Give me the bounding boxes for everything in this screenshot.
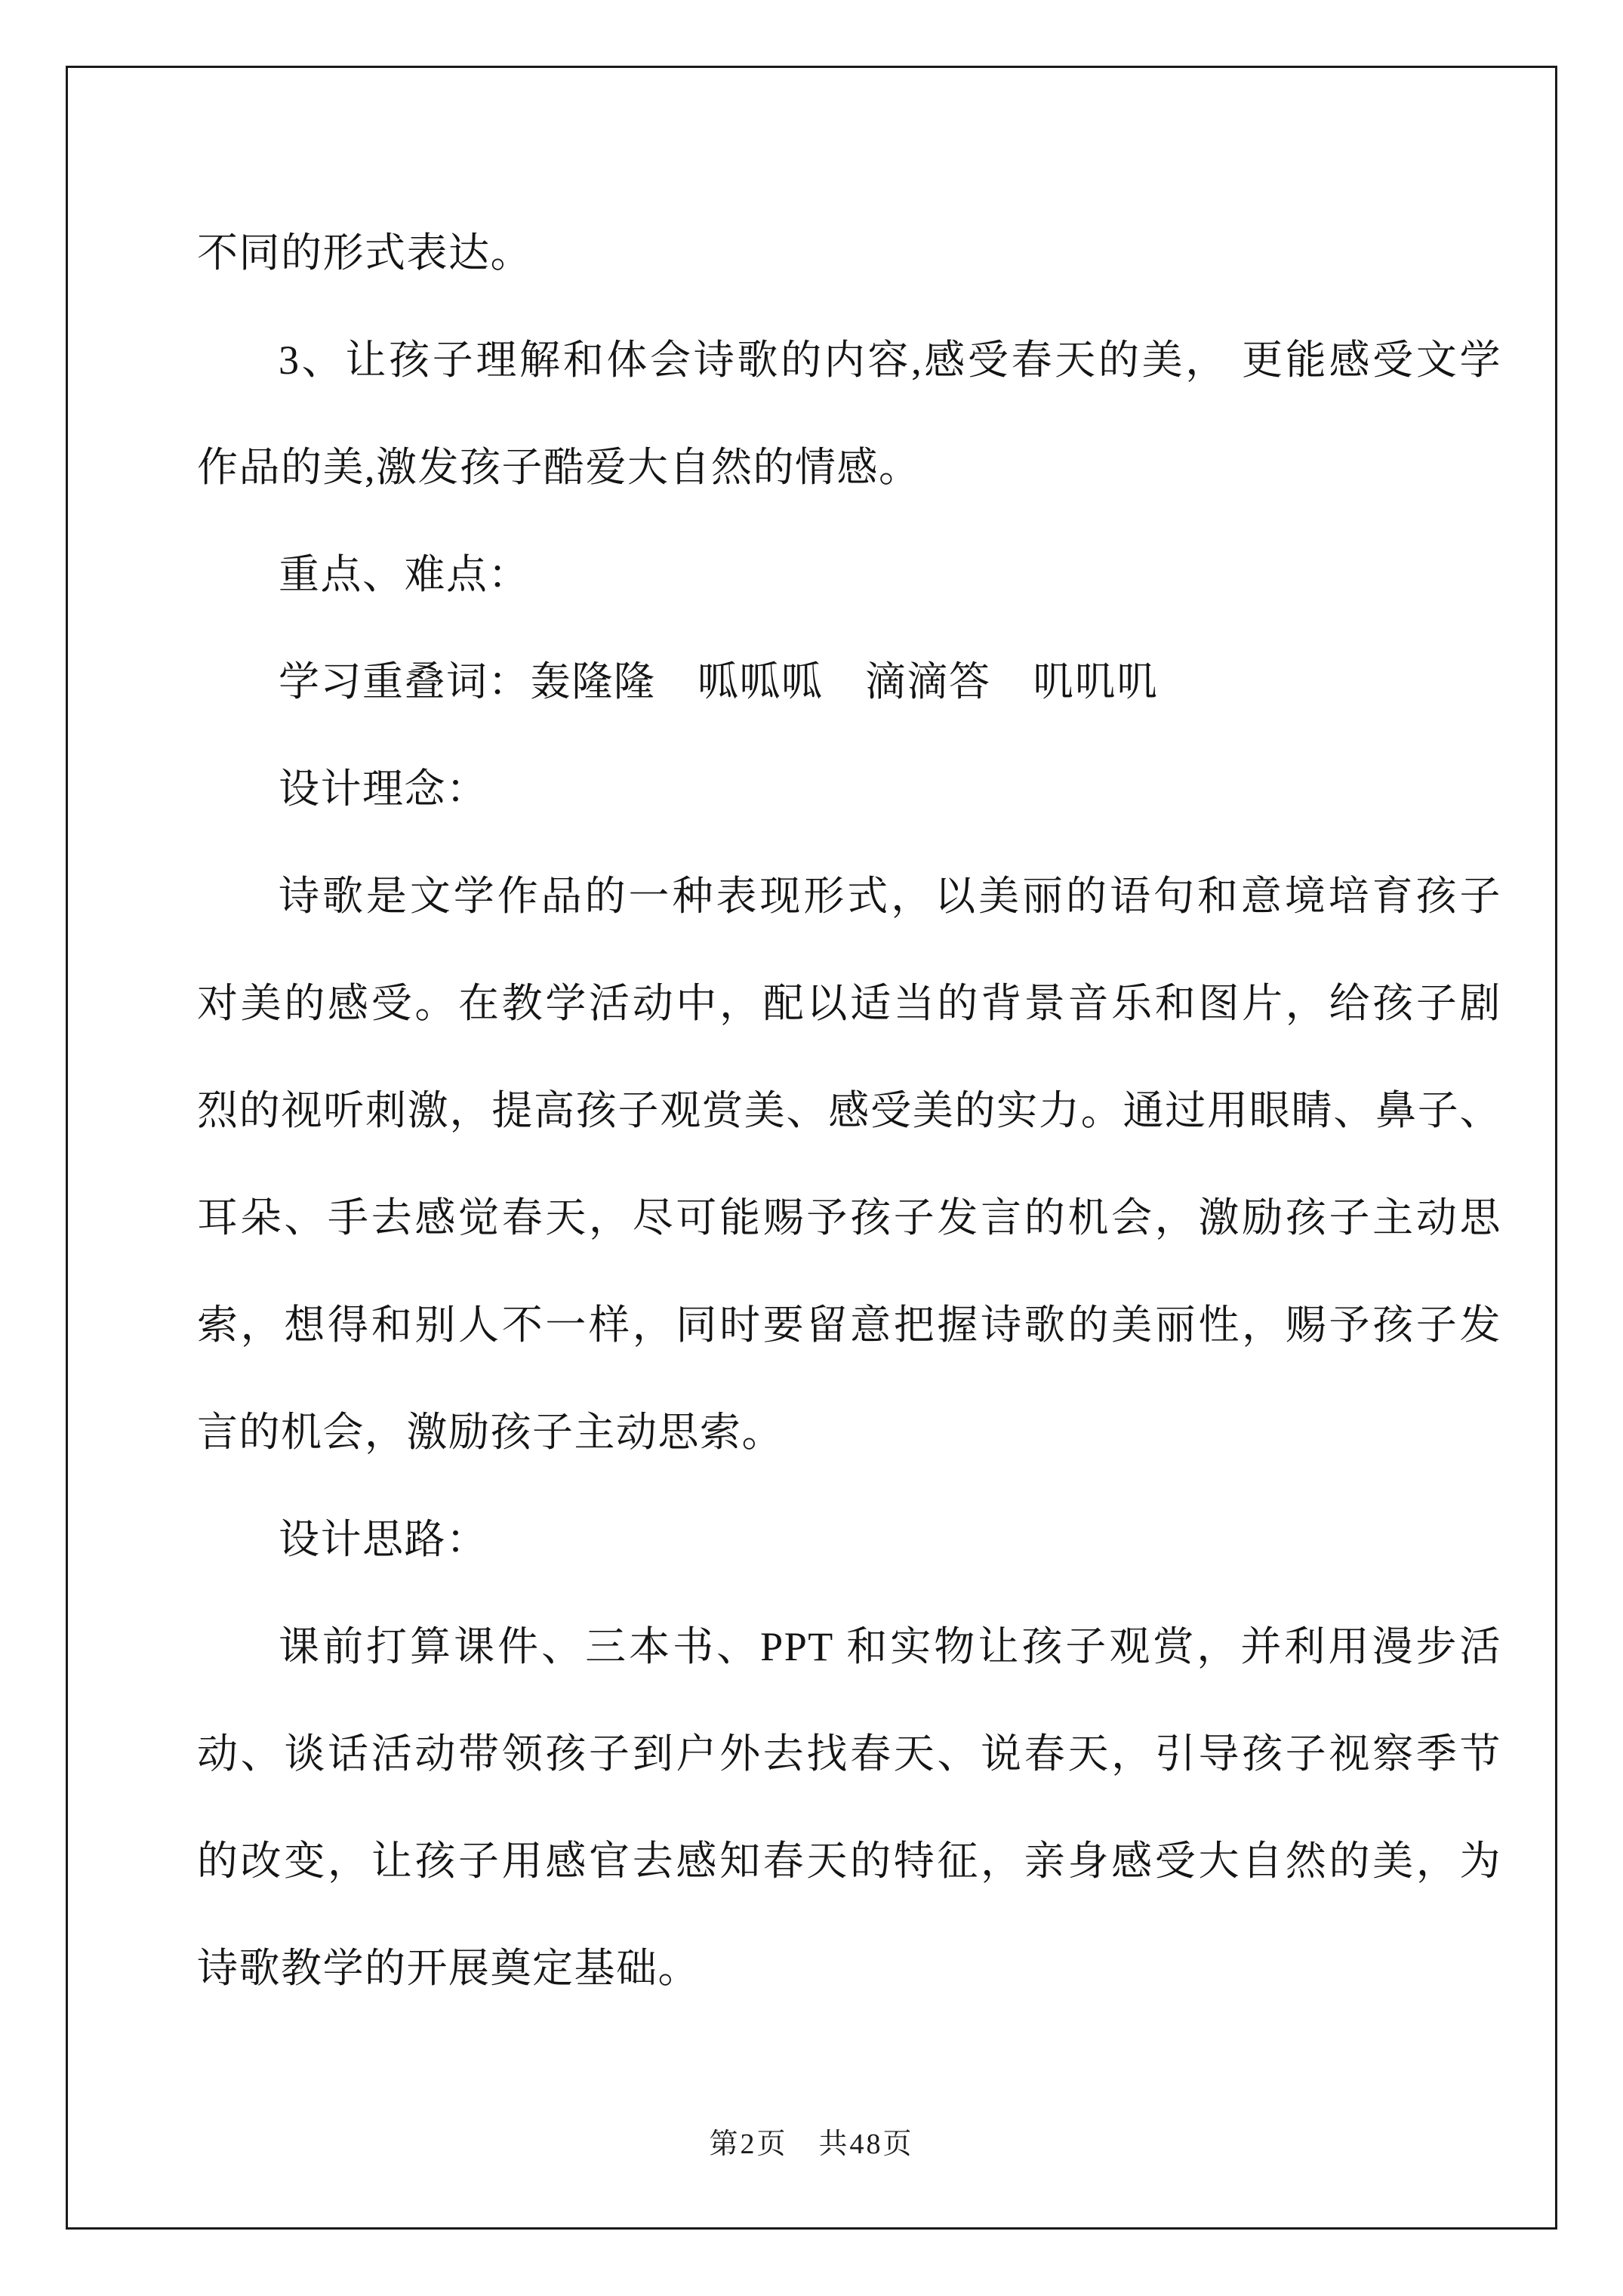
- text-line: 烈的视听刺激，提高孩子观赏美、感受美的实力。通过用眼睛、鼻子、: [197, 1057, 1501, 1164]
- text-line: 诗歌教学的开展奠定基础。: [197, 1915, 1501, 2022]
- text-line: 耳朵、手去感觉春天，尽可能赐予孩子发言的机会，激励孩子主动思: [197, 1164, 1501, 1271]
- text-line: 重点、难点：: [197, 521, 1501, 628]
- text-line: 学习重叠词：轰隆隆 呱呱呱 滴滴答 叽叽叽: [197, 628, 1501, 735]
- text-line: 的改变，让孩子用感官去感知春天的特征，亲身感受大自然的美，为: [197, 1808, 1501, 1915]
- document-body: 不同的形式表达。3、让孩子理解和体会诗歌的内容,感受春天的美， 更能感受文学作品…: [197, 199, 1501, 2022]
- text-line: 3、让孩子理解和体会诗歌的内容,感受春天的美， 更能感受文学: [197, 307, 1501, 414]
- text-line: 对美的感受。在教学活动中，配以适当的背景音乐和图片，给孩子剧: [197, 950, 1501, 1057]
- text-line: 设计理念：: [197, 735, 1501, 843]
- page-footer: 第2页 共48页: [0, 2128, 1623, 2161]
- text-line: 动、谈话活动带领孩子到户外去找春天、说春天，引导孩子视察季节: [197, 1700, 1501, 1808]
- text-line: 不同的形式表达。: [197, 199, 1501, 307]
- text-line: 索，想得和别人不一样，同时要留意把握诗歌的美丽性，赐予孩子发: [197, 1271, 1501, 1379]
- text-line: 作品的美,激发孩子酷爱大自然的情感。: [197, 414, 1501, 521]
- text-line: 诗歌是文学作品的一种表现形式，以美丽的语句和意境培育孩子: [197, 843, 1501, 950]
- document-page: { "document": { "lines": [ { "text": "不同…: [0, 0, 1623, 2296]
- text-line: 课前打算课件、三本书、PPT 和实物让孩子观赏，并利用漫步活: [197, 1593, 1501, 1700]
- text-line: 设计思路：: [197, 1486, 1501, 1593]
- text-line: 言的机会，激励孩子主动思索。: [197, 1379, 1501, 1486]
